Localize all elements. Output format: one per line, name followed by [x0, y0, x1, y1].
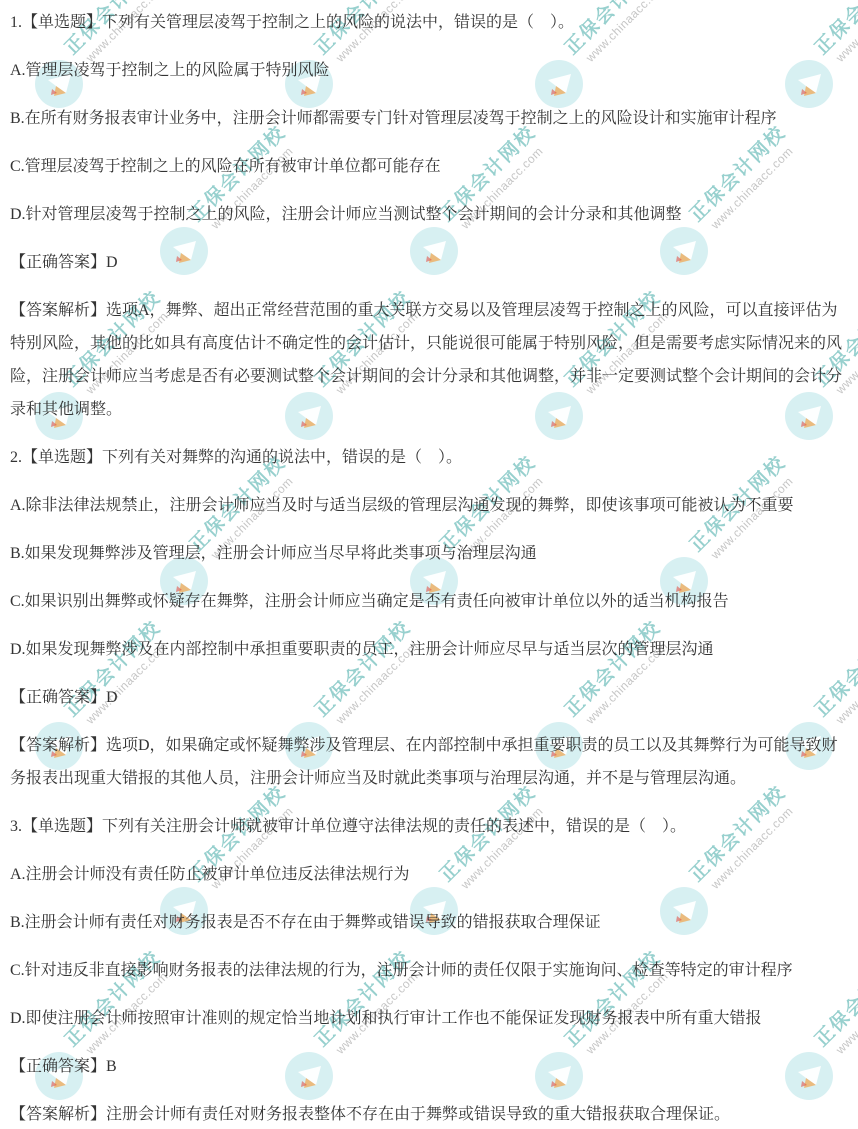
- question-2-option-c: C.如果识别出舞弊或怀疑存在舞弊，注册会计师应当确定是否有责任向被审计单位以外的…: [10, 585, 842, 618]
- question-2-answer: 【正确答案】D: [10, 681, 842, 714]
- question-2-option-a: A.除非法律法规禁止，注册会计师应当及时与适当层级的管理层沟通发现的舞弊，即使该…: [10, 489, 842, 522]
- question-2-option-d: D.如果发现舞弊涉及在内部控制中承担重要职责的员工，注册会计师应尽早与适当层次的…: [10, 633, 842, 666]
- question-3-option-a: A.注册会计师没有责任防止被审计单位违反法律法规行为: [10, 858, 842, 891]
- question-3-option-c: C.针对违反非直接影响财务报表的法律法规的行为，注册会计师的责任仅限于实施询问、…: [10, 954, 842, 987]
- question-1-answer: 【正确答案】D: [10, 246, 842, 279]
- exam-document-page: 正保会计网校 www.chinaacc.com 正保会计网校 www.china…: [0, 0, 858, 1129]
- question-1-option-c: C.管理层凌驾于控制之上的风险在所有被审计单位都可能存在: [10, 150, 842, 183]
- question-3-option-d: D.即使注册会计师按照审计准则的规定恰当地计划和执行审计工作也不能保证发现财务报…: [10, 1002, 842, 1035]
- question-1-option-a: A.管理层凌驾于控制之上的风险属于特别风险: [10, 54, 842, 87]
- question-1-option-b: B.在所有财务报表审计业务中，注册会计师都需要专门针对管理层凌驾于控制之上的风险…: [10, 102, 842, 135]
- question-2-stem: 2.【单选题】下列有关对舞弊的沟通的说法中，错误的是（ ）。: [10, 441, 842, 474]
- question-1-analysis: 【答案解析】选项A，舞弊、超出正常经营范围的重大关联方交易以及管理层凌驾于控制之…: [10, 294, 842, 426]
- question-3-answer: 【正确答案】B: [10, 1050, 842, 1083]
- question-2-option-b: B.如果发现舞弊涉及管理层，注册会计师应当尽早将此类事项与治理层沟通: [10, 537, 842, 570]
- question-3-stem: 3.【单选题】下列有关注册会计师就被审计单位遵守法律法规的责任的表述中，错误的是…: [10, 810, 842, 843]
- question-3-analysis: 【答案解析】注册会计师有责任对财务报表整体不存在由于舞弊或错误导致的重大错报获取…: [10, 1098, 842, 1129]
- document-content: 1.【单选题】下列有关管理层凌驾于控制之上的风险的说法中，错误的是（ ）。 A.…: [0, 0, 858, 1129]
- question-1-stem: 1.【单选题】下列有关管理层凌驾于控制之上的风险的说法中，错误的是（ ）。: [10, 6, 842, 39]
- question-3-option-b: B.注册会计师有责任对财务报表是否不存在由于舞弊或错误导致的错报获取合理保证: [10, 906, 842, 939]
- question-1-option-d: D.针对管理层凌驾于控制之上的风险，注册会计师应当测试整个会计期间的会计分录和其…: [10, 198, 842, 231]
- question-2-analysis: 【答案解析】选项D，如果确定或怀疑舞弊涉及管理层、在内部控制中承担重要职责的员工…: [10, 729, 842, 795]
